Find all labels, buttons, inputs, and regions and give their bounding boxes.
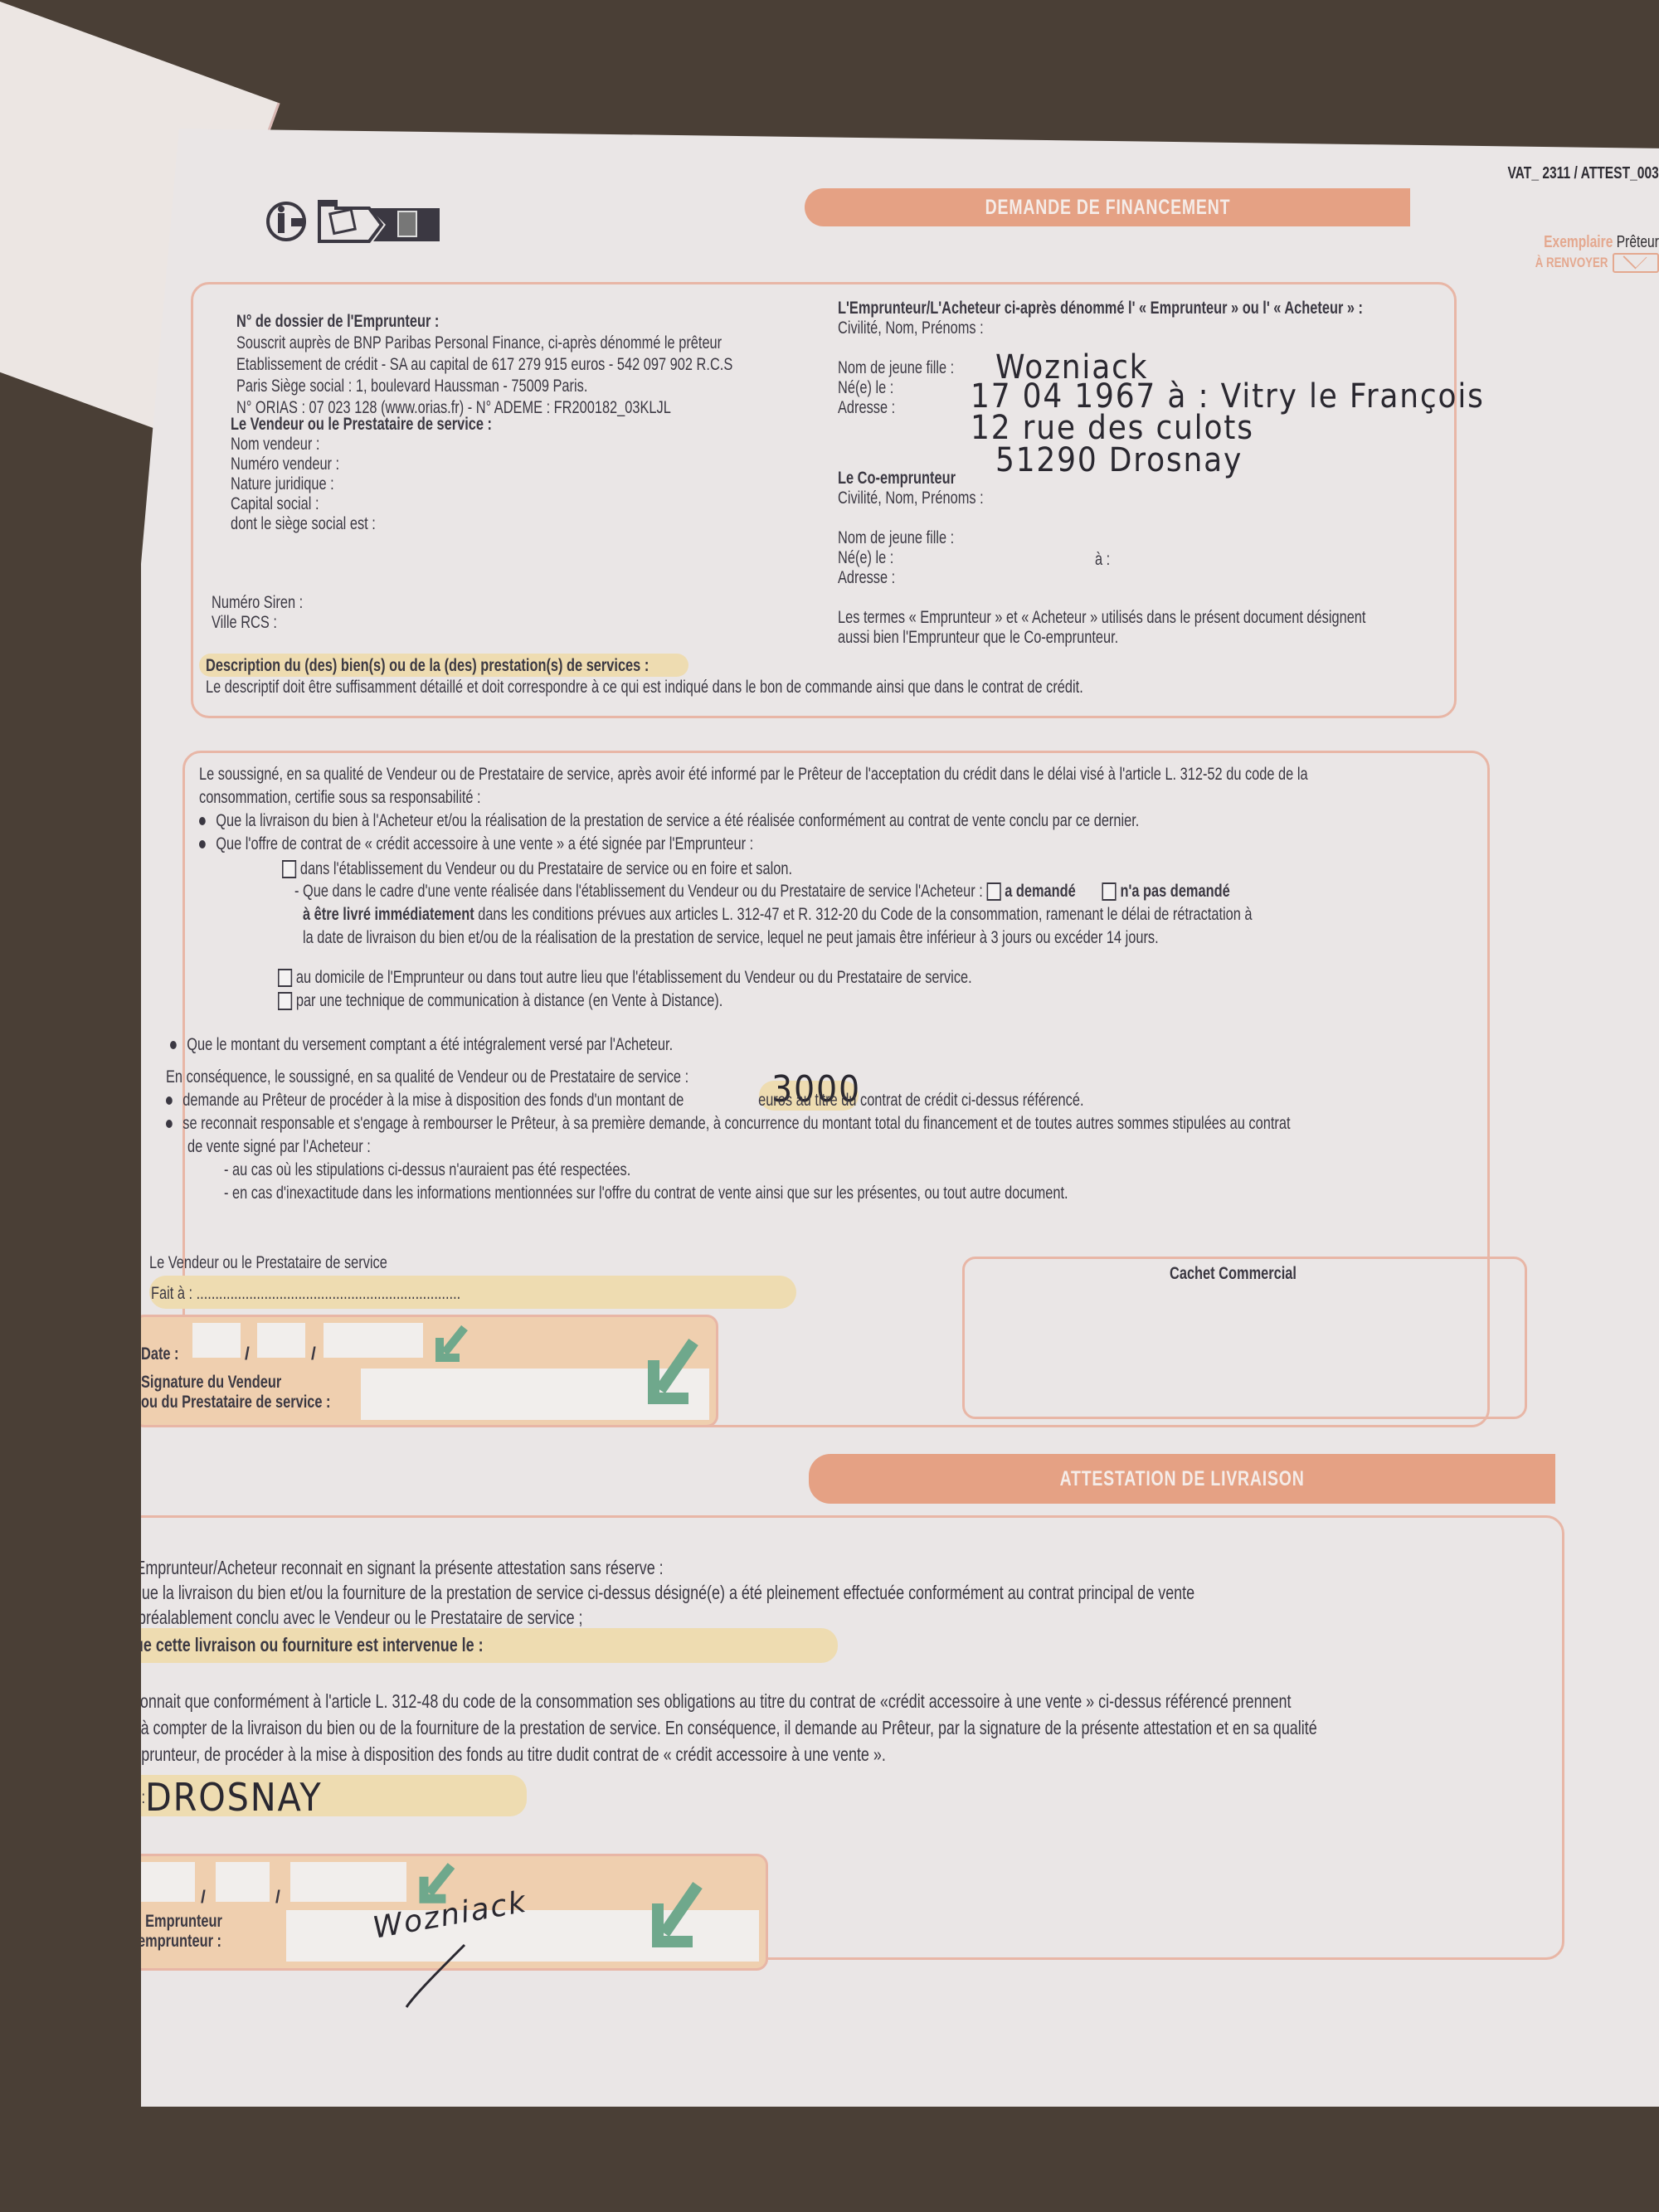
vendor-name-field[interactable]: Nom vendeur : — [231, 435, 319, 455]
vendor-signature-heading: Le Vendeur ou le Prestataire de service — [149, 1252, 455, 1274]
delivery-banner: ATTESTATION DE LIVRAISON — [809, 1454, 1555, 1504]
legal-form-field[interactable]: Nature juridique : — [231, 474, 334, 494]
dossier-heading: N° de dossier de l'Emprunteur : — [236, 311, 439, 333]
date-separator: / — [275, 1887, 280, 1908]
form-page: VAT_ 2311 / ATTEST_003 DEMANDE DE FINANC… — [141, 129, 1659, 2107]
immediate-delivery-clause: - Que dans le cadre d'une vente réalisée… — [294, 880, 1520, 950]
borrower-name-field[interactable]: Civilité, Nom, Prénoms : — [838, 318, 984, 338]
green-arrow-icon — [431, 1323, 473, 1364]
vendor-date-day-box[interactable] — [192, 1323, 241, 1358]
birth-date-field[interactable]: Né(e) le : — [838, 378, 893, 398]
copy-label: Exemplaire Prêteur À RENVOYER — [1511, 232, 1659, 273]
delivery-date-month-box[interactable] — [216, 1862, 270, 1902]
green-arrow-icon — [639, 1335, 705, 1410]
borrower-signature-label: Signature Emprunteur et/ou Co-emprunteur… — [79, 1912, 263, 1952]
green-arrow-icon — [643, 1879, 709, 1953]
handwritten-fait-a[interactable]: DROSNAY — [145, 1775, 322, 1820]
address-field[interactable]: Adresse : — [838, 398, 895, 418]
coborrower-name-field[interactable]: Civilité, Nom, Prénoms : — [838, 489, 984, 508]
envelope-icon — [1613, 253, 1659, 273]
rcs-city-field[interactable]: Ville RCS : — [212, 613, 277, 633]
recycling-logo-icon — [261, 195, 448, 245]
description-field[interactable]: Le descriptif doit être suffisamment dét… — [206, 677, 1083, 698]
location-options: au domicile de l'Emprunteur ou dans tout… — [278, 966, 1168, 1013]
coborrower-birth-field[interactable]: Né(e) le : — [838, 548, 893, 568]
bullet-icon — [199, 840, 206, 848]
signature-stroke — [373, 1937, 481, 2011]
siren-field[interactable]: Numéro Siren : — [212, 593, 303, 613]
vendor-number-field[interactable]: Numéro vendeur : — [231, 455, 339, 474]
vendor-signature-label: Signature du Vendeur ou du Prestataire d… — [141, 1373, 384, 1412]
coborrower-maiden-field[interactable]: Nom de jeune fille : — [838, 528, 954, 548]
title-banner: DEMANDE DE FINANCEMENT — [805, 188, 1410, 226]
checkbox-not-asked[interactable] — [1102, 882, 1117, 901]
bullet-icon — [199, 817, 206, 825]
bullet-icon — [166, 1120, 173, 1128]
delivery-date-label: Date : — [79, 1887, 127, 1908]
date-separator: / — [201, 1887, 206, 1908]
bullet-icon — [166, 1096, 173, 1105]
vendor-date-year-box[interactable] — [324, 1323, 423, 1358]
description-section: Description du (des) bien(s) ou de la (d… — [206, 655, 1331, 698]
date-separator: / — [245, 1344, 250, 1365]
coborrower-address-field[interactable]: Adresse : — [838, 568, 895, 588]
consequence-section: En conséquence, le soussigné, en sa qual… — [166, 1066, 1608, 1205]
delivery-date-year-box[interactable] — [290, 1862, 406, 1902]
share-capital-field[interactable]: Capital social : — [231, 494, 319, 514]
coborrower-birthplace-field[interactable]: à : — [1095, 549, 1114, 571]
vendor-fait-a-field[interactable]: Fait à : ...............................… — [151, 1283, 547, 1305]
date-separator: / — [311, 1344, 316, 1365]
option-establishment: dans l'établissement du Vendeur ou du Pr… — [282, 858, 936, 880]
lender-info: N° de dossier de l'Emprunteur : Souscrit… — [236, 311, 873, 419]
headquarters-field[interactable]: dont le siège social est : — [231, 514, 376, 534]
vendor-date-month-box[interactable] — [257, 1323, 305, 1358]
commercial-stamp-label: Cachet Commercial — [1170, 1263, 1332, 1285]
delivery-text: L'Emprunteur/Acheteur reconnait en signa… — [124, 1555, 1496, 1630]
checkbox-distance[interactable] — [278, 992, 292, 1010]
checkbox-establishment[interactable] — [282, 860, 296, 878]
delivery-paragraph: Il reconnait que conformément à l'articl… — [108, 1688, 1658, 1767]
document-reference: VAT_ 2311 / ATTEST_003 — [1465, 164, 1659, 183]
maiden-name-field[interactable]: Nom de jeune fille : — [838, 358, 954, 378]
checkbox-home[interactable] — [278, 969, 292, 987]
bullet-icon — [170, 1041, 177, 1049]
siren-rcs: Numéro Siren : Ville RCS : — [212, 593, 328, 633]
certification-text: Le soussigné, en sa qualité de Vendeur o… — [199, 763, 1621, 856]
vendor-info: Le Vendeur ou le Prestataire de service … — [231, 415, 566, 534]
delivery-date-day-box[interactable] — [141, 1862, 195, 1902]
payment-bullet: Que le montant du versement comptant a é… — [170, 1034, 815, 1056]
coborrower-info: Le Co-emprunteur Civilité, Nom, Prénoms … — [838, 469, 1515, 648]
checkbox-asked[interactable] — [986, 882, 1000, 901]
vendor-date-label: Date : — [141, 1344, 189, 1365]
delivery-date-field[interactable]: - que cette livraison ou fourniture est … — [116, 1634, 586, 1655]
